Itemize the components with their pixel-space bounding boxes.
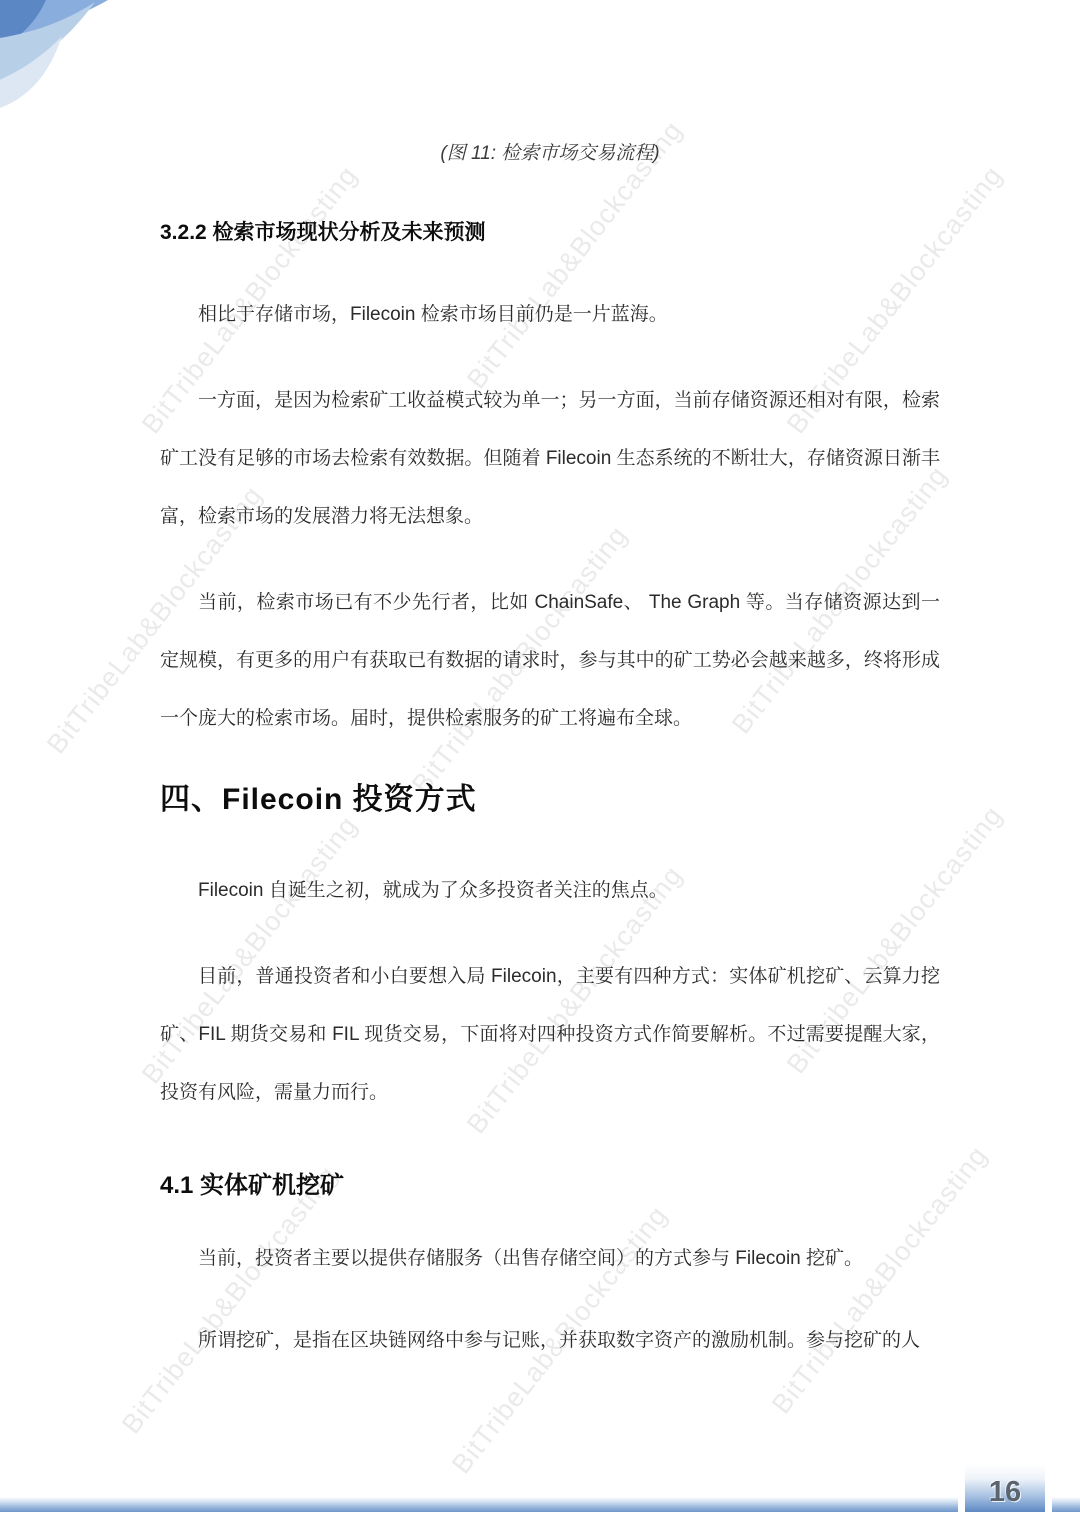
paragraph: 目前，普通投资者和小白要想入局 Filecoin，主要有四种方式：实体矿机挖矿、… bbox=[160, 948, 940, 1122]
corner-wave-decoration-icon bbox=[0, 0, 140, 130]
figure-caption: (图 11: 检索市场交易流程) bbox=[160, 140, 940, 168]
paragraph: 所谓挖矿，是指在区块链网络中参与记账，并获取数字资产的激励机制。参与挖矿的人 bbox=[160, 1312, 940, 1370]
chapter-heading-4: 四、Filecoin 投资方式 bbox=[160, 778, 940, 822]
paragraph: Filecoin 自诞生之初，就成为了众多投资者关注的焦点。 bbox=[160, 862, 940, 920]
paragraph: 一方面，是因为检索矿工收益模式较为单一；另一方面，当前存储资源还相对有限，检索矿… bbox=[160, 372, 940, 546]
page-number-badge: 16 bbox=[958, 1464, 1052, 1512]
paragraph: 当前，检索市场已有不少先行者，比如 ChainSafe、 The Graph 等… bbox=[160, 574, 940, 748]
section-heading-41: 4.1 实体矿机挖矿 bbox=[160, 1168, 940, 1204]
paragraph: 相比于存储市场，Filecoin 检索市场目前仍是一片蓝海。 bbox=[160, 286, 940, 344]
paragraph: 当前，投资者主要以提供存储服务（出售存储空间）的方式参与 Filecoin 挖矿… bbox=[160, 1230, 940, 1288]
page-number: 16 bbox=[989, 1472, 1021, 1512]
document-content: (图 11: 检索市场交易流程) 3.2.2 检索市场现状分析及未来预测 相比于… bbox=[160, 140, 940, 1370]
section-heading-322: 3.2.2 检索市场现状分析及未来预测 bbox=[160, 218, 940, 248]
footer-rule bbox=[0, 1497, 1080, 1512]
document-page: { "watermark": { "text": "BitTribeLab&Bl… bbox=[0, 0, 1080, 1525]
